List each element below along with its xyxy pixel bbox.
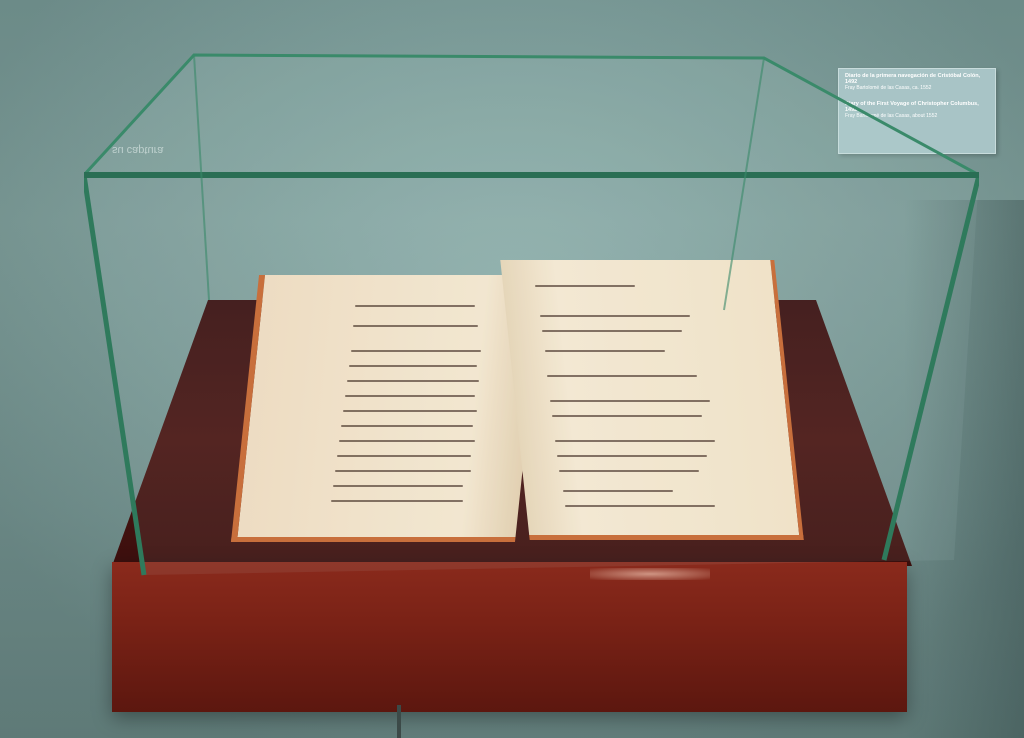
glass-vitrine (84, 50, 979, 580)
plinth-support (397, 705, 401, 738)
plinth-front (112, 562, 907, 712)
glass-reflection-text: su captura (112, 144, 163, 156)
